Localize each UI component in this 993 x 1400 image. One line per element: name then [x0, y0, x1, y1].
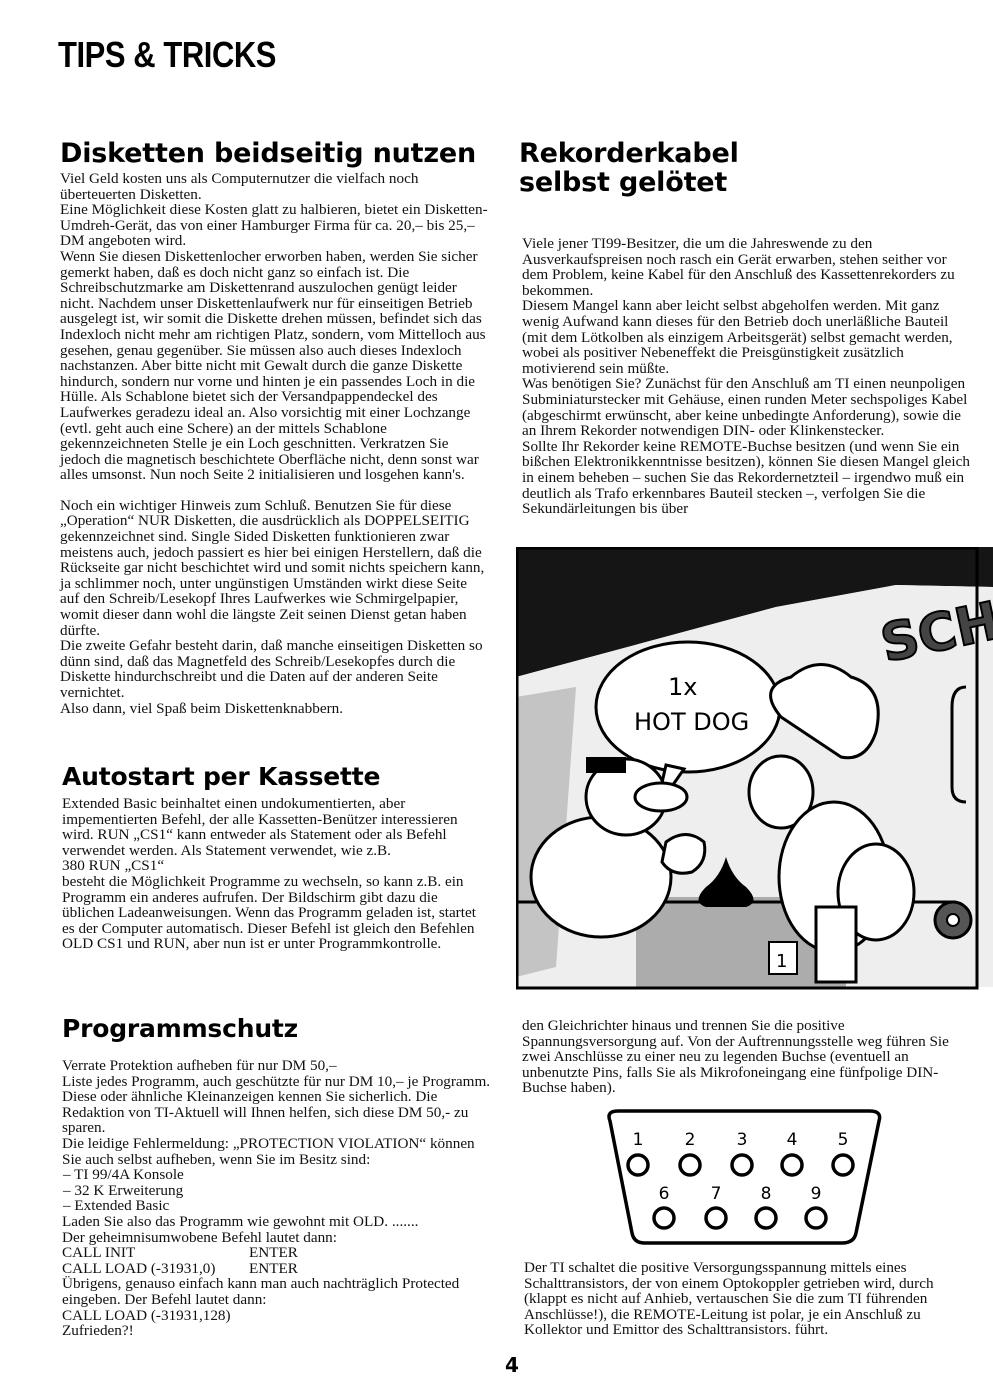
paragraph: Viele jener TI99-Besitzer, die um die Ja…	[522, 236, 972, 298]
paragraph: Der geheimnisumwobene Befehl lautet dann…	[62, 1230, 492, 1246]
svg-text:1x: 1x	[668, 673, 697, 701]
article-body-rekorderkabel-mid: den Gleichrichter hinaus und trennen Sie…	[522, 1018, 972, 1096]
article-body-rekorderkabel-bottom: Der TI schaltet die positive Versorgungs…	[524, 1260, 974, 1338]
pin-label: 6	[659, 1184, 670, 1204]
paragraph: Extended Basic beinhaltet einen undokume…	[62, 796, 492, 858]
paragraph: Übrigens, genauso einfach kann man auch …	[62, 1276, 492, 1307]
cartoon-illustration: SCHN 1x HOT DOG 1	[516, 547, 993, 999]
paragraph: Diesem Mangel kann aber leicht selbst ab…	[522, 298, 972, 376]
article-title-rekorderkabel: Rekorderkabel selbst gelötet	[519, 139, 739, 197]
title-line: selbst gelötet	[519, 168, 739, 197]
paragraph: Liste jedes Programm, auch geschützte fü…	[62, 1074, 492, 1090]
command-row: CALL INIT ENTER	[62, 1245, 492, 1261]
paragraph: Wenn Sie diesen Diskettenlocher erworben…	[60, 249, 490, 483]
article-title-programmschutz: Programmschutz	[62, 1015, 298, 1042]
paragraph: Die leidige Fehlermeldung: „PROTECTION V…	[62, 1136, 492, 1167]
command-text: CALL INIT	[62, 1245, 249, 1261]
paragraph: Eine Möglichkeit diese Kosten glatt zu h…	[60, 202, 490, 249]
code-line: 380 RUN „CS1“	[62, 858, 492, 874]
article-body-disketten: Viel Geld kosten uns als Computernutzer …	[60, 171, 490, 716]
command-key: ENTER	[249, 1261, 298, 1277]
paragraph: Was benötigen Sie? Zunächst für den Ansc…	[522, 376, 972, 438]
paragraph: Laden Sie also das Programm wie gewohnt …	[62, 1214, 492, 1230]
command-text: CALL LOAD (-31931,0)	[62, 1261, 249, 1277]
paragraph: besteht die Möglichkeit Programme zu wec…	[62, 874, 492, 952]
pin-label: 7	[711, 1184, 722, 1204]
sub-d-9-connector-diagram: 1 2 3 4 5 6 7 8 9	[596, 1105, 892, 1251]
article-title-disketten: Disketten beidseitig nutzen	[60, 139, 476, 168]
requirement-item: – 32 K Erweiterung	[62, 1183, 492, 1199]
code-line: CALL LOAD (-31931,128)	[62, 1308, 492, 1324]
paragraph: Die zweite Gefahr besteht darin, daß man…	[60, 638, 490, 700]
pin-label: 5	[838, 1130, 849, 1150]
article-body-autostart: Extended Basic beinhaltet einen undokume…	[62, 796, 492, 952]
paragraph: Diese oder ähnliche Kleinanzeigen kennen…	[62, 1089, 492, 1136]
svg-text:1: 1	[776, 951, 787, 972]
pin-label: 1	[633, 1130, 644, 1150]
title-line: Rekorderkabel	[519, 139, 739, 168]
paragraph: Viel Geld kosten uns als Computernutzer …	[60, 171, 490, 202]
paragraph: Noch ein wichtiger Hinweis zum Schluß. B…	[60, 498, 490, 638]
page-title: TIPS & TRICKS	[58, 34, 276, 76]
paragraph: Zufrieden?!	[62, 1323, 492, 1339]
paragraph: Also dann, viel Spaß beim Diskettenknabb…	[60, 701, 490, 717]
pin-label: 8	[761, 1184, 772, 1204]
pin-label: 3	[737, 1130, 748, 1150]
requirement-item: – Extended Basic	[62, 1198, 492, 1214]
article-body-rekorderkabel-top: Viele jener TI99-Besitzer, die um die Ja…	[522, 236, 972, 517]
paragraph: Der TI schaltet die positive Versorgungs…	[524, 1260, 974, 1338]
article-title-autostart: Autostart per Kassette	[62, 763, 380, 790]
command-row: CALL LOAD (-31931,0) ENTER	[62, 1261, 492, 1277]
connector-drawing: 1 2 3 4 5 6 7 8 9	[596, 1105, 892, 1251]
page-number: 4	[505, 1353, 519, 1377]
paragraph: Sollte Ihr Rekorder keine REMOTE-Buchse …	[522, 439, 972, 517]
paragraph: Verrate Protektion aufheben für nur DM 5…	[62, 1058, 492, 1074]
pin-label: 2	[685, 1130, 696, 1150]
pin-label: 9	[811, 1184, 822, 1204]
paragraph: den Gleichrichter hinaus und trennen Sie…	[522, 1018, 972, 1096]
pin-label: 4	[787, 1130, 798, 1150]
article-body-programmschutz: Verrate Protektion aufheben für nur DM 5…	[62, 1058, 492, 1339]
cartoon-drawing: SCHN 1x HOT DOG 1	[516, 547, 993, 999]
command-key: ENTER	[249, 1245, 298, 1261]
svg-text:HOT DOG: HOT DOG	[634, 708, 749, 736]
requirement-item: – TI 99/4A Konsole	[62, 1167, 492, 1183]
